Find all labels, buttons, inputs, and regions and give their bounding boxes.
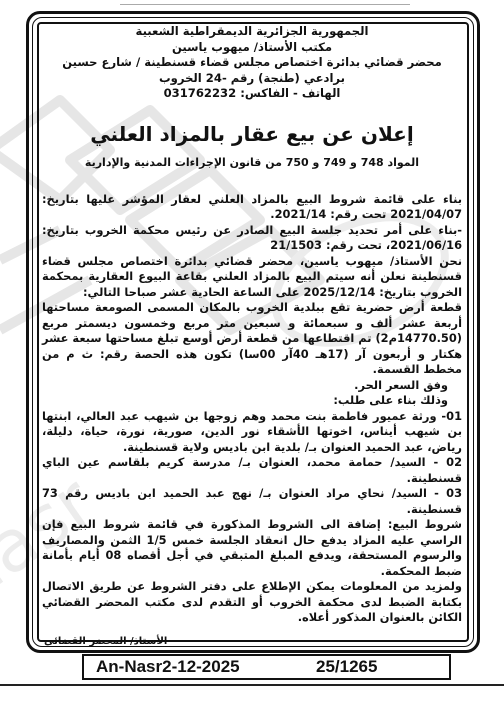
list-item-applicant-01: 01- ورثة عميور فاطمة بنت محمد وهم زوجها … (42, 409, 462, 456)
publication-footer: An-Nasr2-12-2025 25/1265 (82, 654, 451, 680)
legal-articles: المواد 748 و 749 و 750 من قانون الإجراءا… (40, 156, 464, 170)
notice-title: إعلان عن بيع عقار بالمزاد العلني (40, 122, 464, 146)
publication-date: An-Nasr2-12-2025 (96, 656, 240, 678)
notice-header: الجمهورية الجزائرية الديمقراطية الشعبية … (40, 24, 464, 102)
office-phone-fax: الهاتف - الفاكس: 031762232 (40, 86, 464, 102)
notice-body: بناء على قائمة شروط البيع بالمزاد العلني… (40, 192, 464, 626)
paragraph-sale-conditions: شروط البيع: إضافة الى الشروط المذكورة في… (42, 517, 462, 579)
paragraph-more-info: ولمزيد من المعلومات يمكن الإطلاع على دفت… (42, 579, 462, 626)
country-name: الجمهورية الجزائرية الديمقراطية الشعبية (40, 24, 464, 40)
office-address: برادعي (طنجة) رقم -24 الخروب (40, 71, 464, 87)
list-item-applicant-03: 03 - السيد/ نحاي مراد العنوان بـ/ نهج عب… (42, 486, 462, 517)
signature: الأستاذ/ المحضر القضائي (40, 636, 464, 647)
office-jurisdiction: محضر قضائي بدائرة اختصاص مجلس قضاء قسنطي… (40, 55, 464, 71)
list-item-applicant-02: 02 - السيد/ حمامة محمد، العنوان بـ/ مدرس… (42, 455, 462, 486)
notice-content: الجمهورية الجزائرية الديمقراطية الشعبية … (40, 24, 464, 647)
paragraph-conditions-list: بناء على قائمة شروط البيع بالمزاد العلني… (42, 192, 462, 223)
reference-number: 25/1265 (316, 656, 377, 678)
paragraph-announcement: نحن الأستاذ/ ميهوب ياسين، محضر قضائي بدا… (42, 254, 462, 301)
paragraph-property-description: قطعة أرض حضرية تقع ببلدية الخروب بالمكان… (42, 300, 462, 378)
paragraph-session-order: -بناء على أمر تحديد جلسة البيع الصادر عن… (42, 223, 462, 254)
office-name: مكتب الأستاذ/ ميهوب ياسين (40, 40, 464, 56)
bottom-rule (0, 684, 504, 686)
paragraph-price: وفق السعر الحر. (42, 378, 462, 394)
paragraph-request: وذلك بناء على طلب: (42, 393, 462, 409)
top-rule (120, 4, 410, 5)
